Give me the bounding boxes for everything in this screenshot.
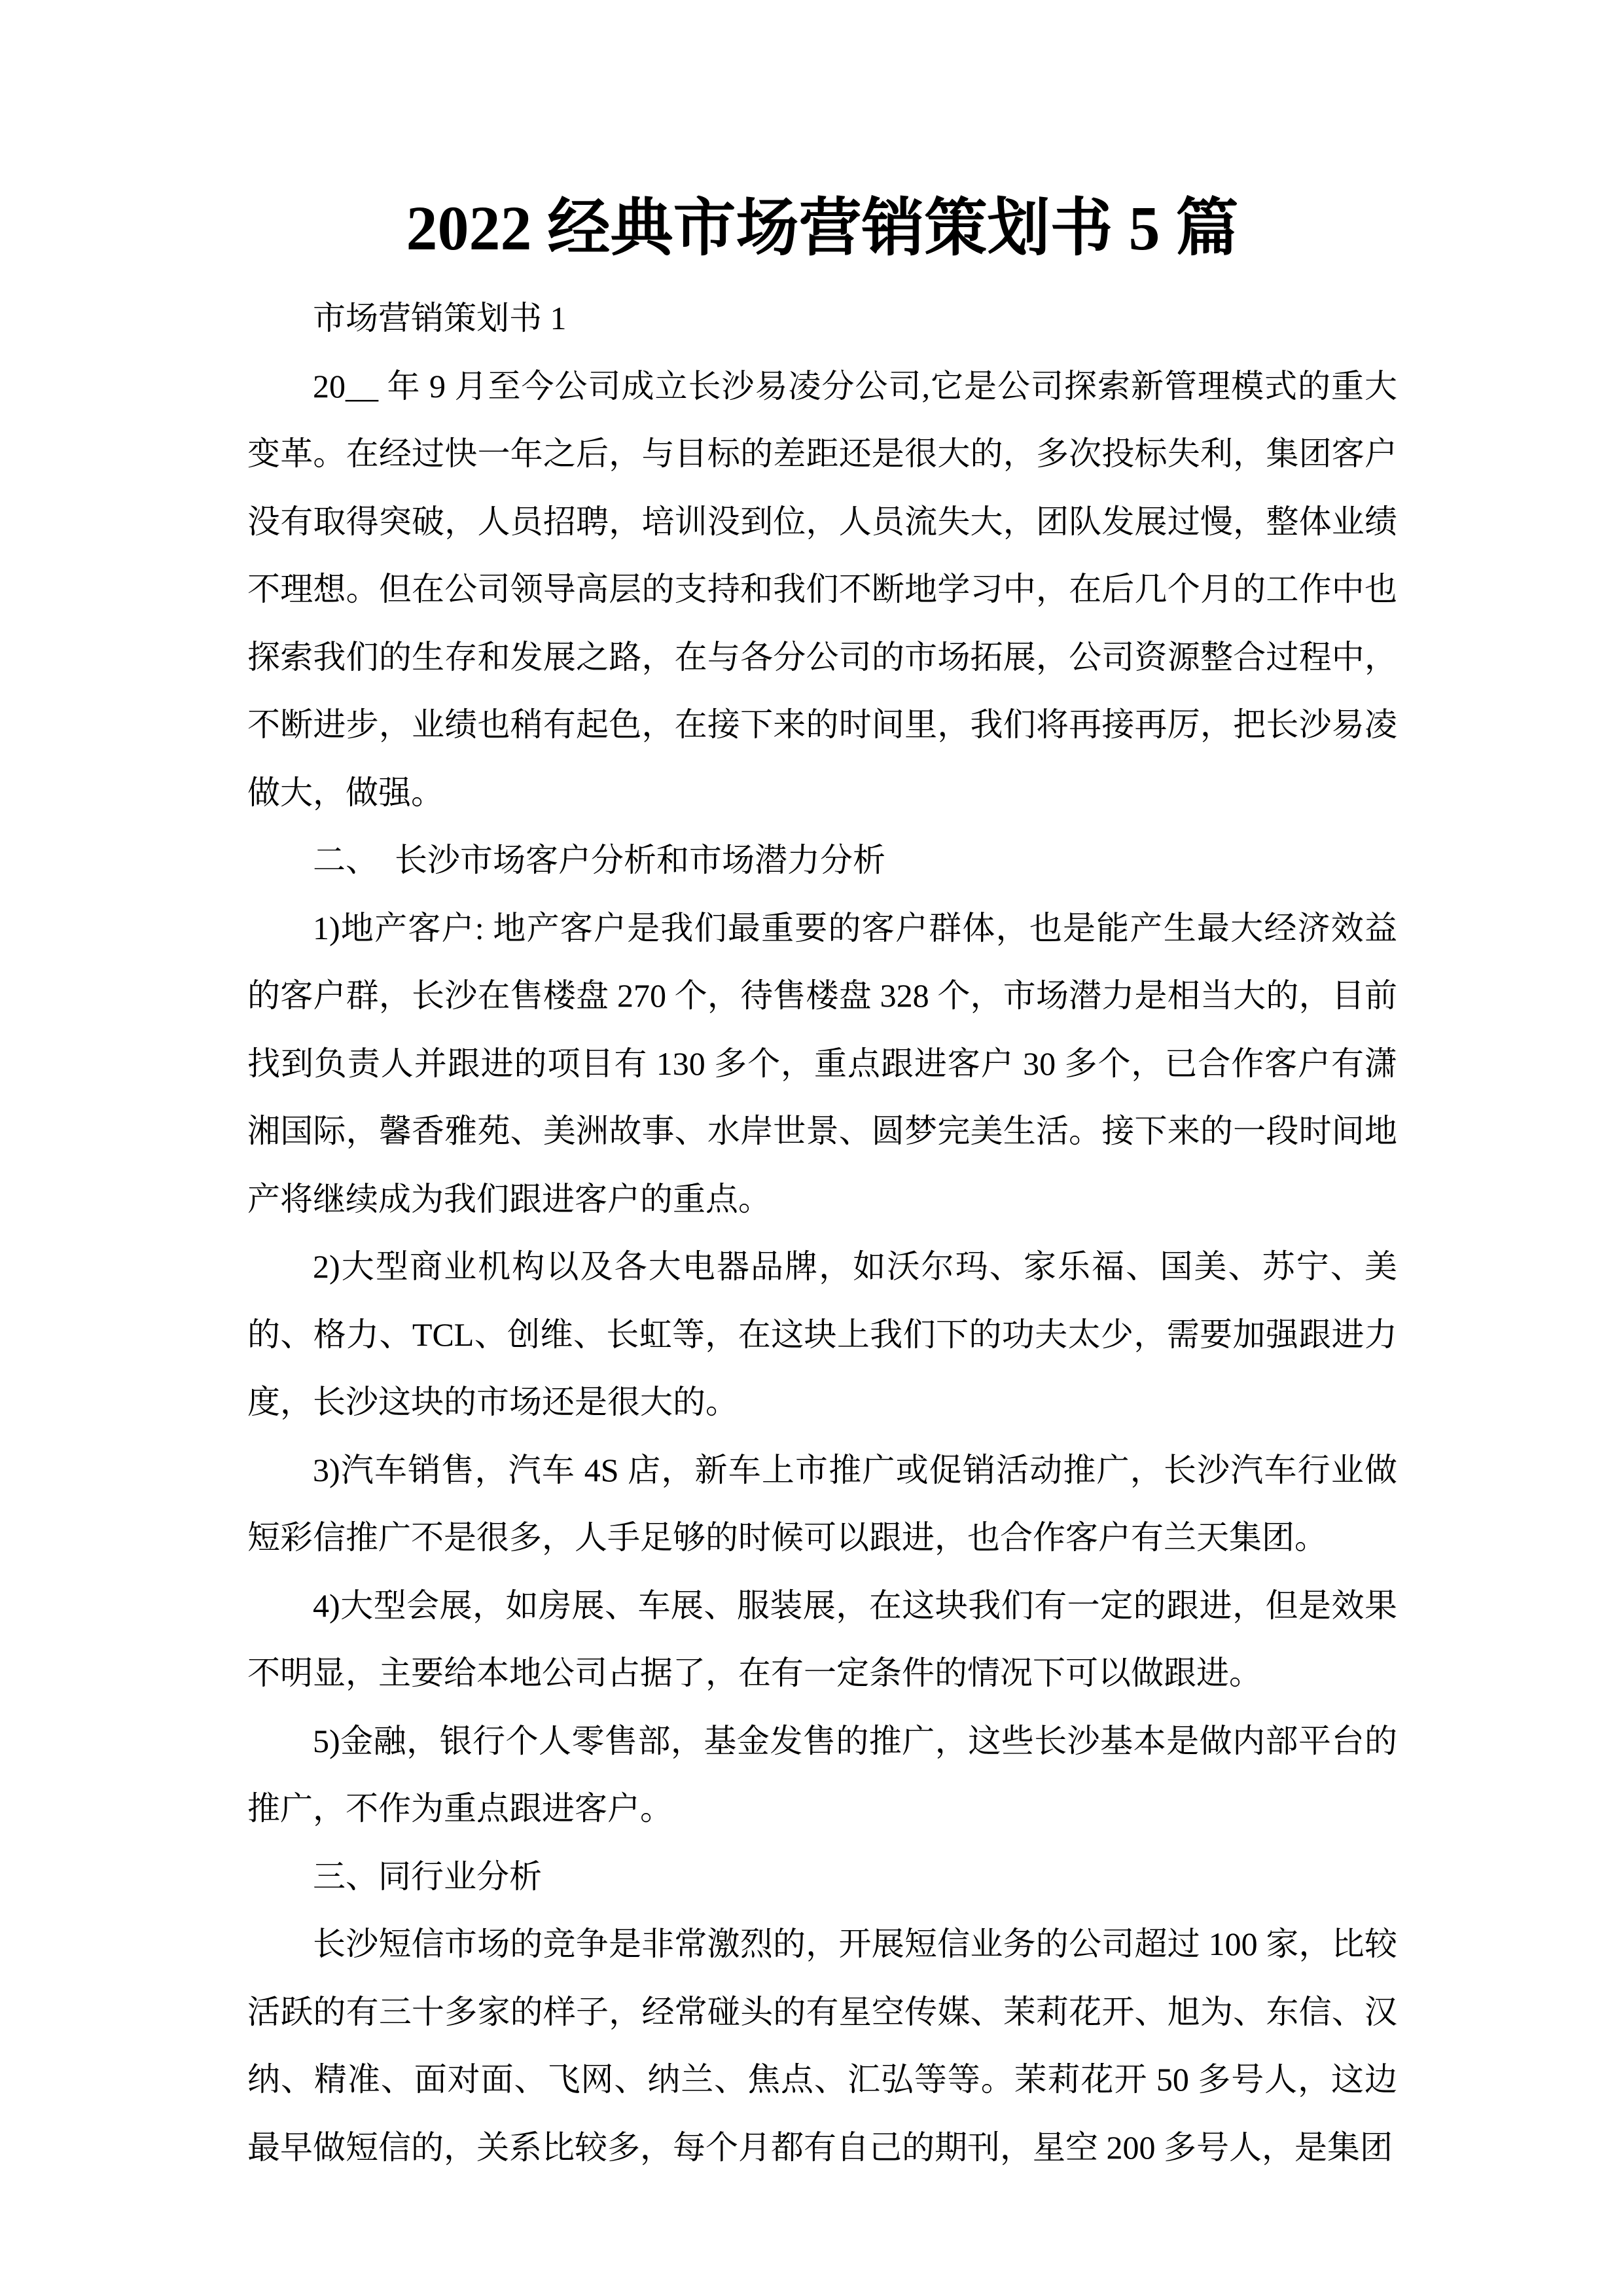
list-item-auto-sales: 3)汽车销售，汽车 4S 店，新车上市推广或促销活动推广，长沙汽车行业做短彩信推… (247, 1437, 1397, 1572)
paragraph-company-overview: 20__ 年 9 月至今公司成立长沙易凌分公司,它是公司探索新管理模式的重大变革… (247, 353, 1397, 827)
list-item-real-estate-clients: 1)地产客户: 地产客户是我们最重要的客户群体，也是能产生最大经济效益的客户群，… (247, 895, 1397, 1234)
section-heading-industry-analysis: 三、同行业分析 (247, 1843, 1397, 1911)
section-heading-market-analysis: 二、 长沙市场客户分析和市场潜力分析 (247, 827, 1397, 895)
list-item-exhibitions: 4)大型会展，如房展、车展、服装展，在这块我们有一定的跟进，但是效果不明显，主要… (247, 1572, 1397, 1708)
document-page: 2022 经典市场营销策划书 5 篇 市场营销策划书 1 20__ 年 9 月至… (0, 0, 1623, 2296)
document-title: 2022 经典市场营销策划书 5 篇 (247, 192, 1397, 265)
doc-subtitle: 市场营销策划书 1 (247, 285, 1397, 353)
paragraph-competition-analysis: 长沙短信市场的竞争是非常激烈的，开展短信业务的公司超过 100 家，比较活跃的有… (247, 1910, 1397, 2181)
list-item-commercial-brands: 2)大型商业机构以及各大电器品牌，如沃尔玛、家乐福、国美、苏宁、美的、格力、TC… (247, 1233, 1397, 1437)
list-item-finance: 5)金融，银行个人零售部，基金发售的推广，这些长沙基本是做内部平台的推广，不作为… (247, 1708, 1397, 1843)
